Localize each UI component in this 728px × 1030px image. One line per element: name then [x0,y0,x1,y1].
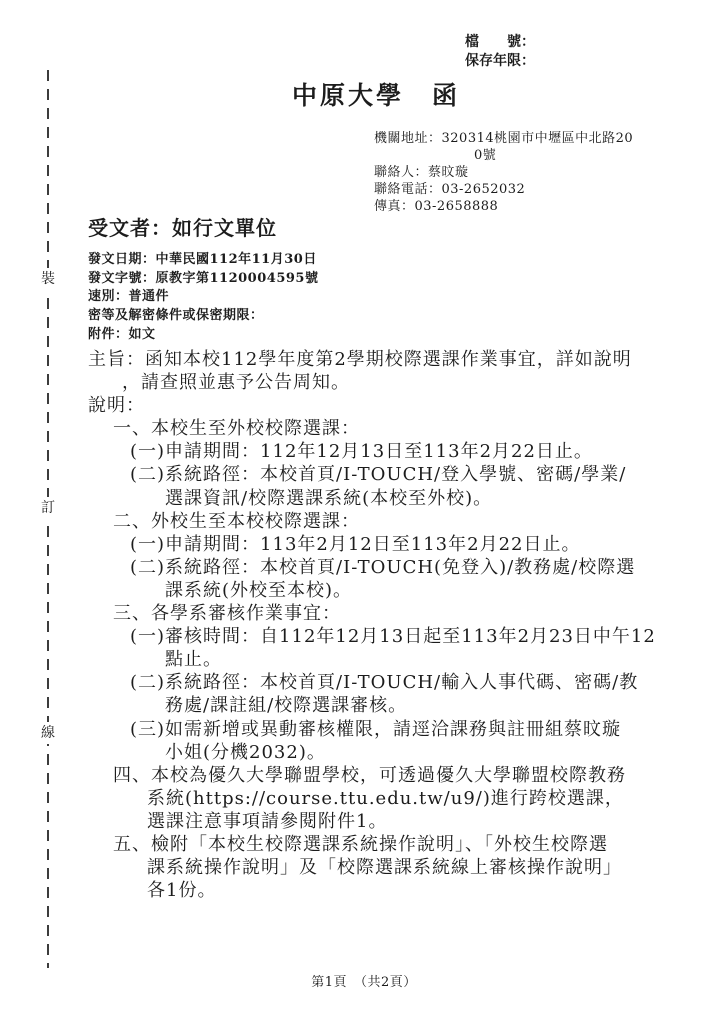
body-line: 主旨：函知本校112學年度第2學期校際選課作業事宜，詳如說明 [88,348,713,371]
body-line: 三、各學系審核作業事宜： [88,602,713,625]
retention-period-label: 保存年限： [465,50,535,70]
sender-line: 機關地址：320314桃園市中壢區中北路20 [374,130,633,147]
body-line: 說明： [88,394,713,417]
document-title: 中原大學 函 [292,76,460,112]
body-text: 主旨：函知本校112學年度第2學期校際選課作業事宜，詳如說明，請查照並惠予公告周… [88,348,713,902]
body-line: 課系統(外校至本校)。 [88,579,713,602]
document-page: 裝 訂 線 檔 號： 保存年限： 中原大學 函 機關地址：320314桃園市中壢… [0,0,728,1030]
meta-line: 速別：普通件 [88,288,318,307]
binding-dashed-line: 裝 訂 線 [47,70,49,968]
body-line: 二、外校生至本校校際選課： [88,510,713,533]
meta-line: 密等及解密條件或保密期限： [88,307,318,326]
body-line: 系統(https://course.ttu.edu.tw/u9/)進行跨校選課， [88,787,713,810]
recipient-line: 受文者：如行文單位 [88,212,277,241]
document-meta-block: 發文日期：中華民國112年11月30日發文字號：原教字第1120004595號速… [88,251,318,345]
body-line: (一)審核時間：自112年12月13日起至113年2月23日中午12 [88,625,713,648]
body-line: (一)申請期間：112年12月13日至113年2月22日止。 [88,440,713,463]
body-line: 五、檢附「本校生校際選課系統操作說明」、「外校生校際選 [88,833,713,856]
body-line: ，請查照並惠予公告周知。 [88,371,713,394]
meta-line: 發文字號：原教字第1120004595號 [88,270,318,289]
file-number-label: 檔 號： [465,31,535,51]
sender-line: 0號 [374,147,633,164]
body-line: 務處/課註組/校際選課審核。 [88,694,713,717]
binding-mark-ding: 訂 [39,497,57,519]
body-line: (二)系統路徑：本校首頁/I-TOUCH/登入學號、密碼/學業/ [88,463,713,486]
body-line: 點止。 [88,648,713,671]
sender-info-block: 機關地址：320314桃園市中壢區中北路200號聯絡人：蔡旼璇聯絡電話：03-2… [374,130,633,215]
body-line: 一、本校生至外校校際選課： [88,417,713,440]
binding-mark-xian: 線 [39,722,57,744]
body-line: (一)申請期間：113年2月12日至113年2月22日止。 [88,533,713,556]
binding-mark-zhuang: 裝 [39,268,57,290]
body-line: 選課注意事項請參閱附件1。 [88,810,713,833]
body-line: 選課資訊/校際選課系統(本校至外校)。 [88,487,713,510]
body-line: 課系統操作說明」及「校際選課系統線上審核操作說明」 [88,856,713,879]
sender-line: 傳真：03-2658888 [374,198,633,215]
sender-line: 聯絡人：蔡旼璇 [374,164,633,181]
body-line: (二)系統路徑：本校首頁/I-TOUCH/輸入人事代碼、密碼/教 [88,671,713,694]
sender-line: 聯絡電話：03-2652032 [374,181,633,198]
body-line: 小姐(分機2032)。 [88,741,713,764]
body-line: (三)如需新增或異動審核權限，請逕洽課務與註冊組蔡旼璇 [88,718,713,741]
body-line: 各1份。 [88,879,713,902]
body-line: (二)系統路徑：本校首頁/I-TOUCH(免登入)/教務處/校際選 [88,556,713,579]
body-line: 四、本校為優久大學聯盟學校，可透過優久大學聯盟校際教務 [88,764,713,787]
meta-line: 發文日期：中華民國112年11月30日 [88,251,318,270]
meta-line: 附件：如文 [88,326,318,345]
page-number: 第1頁 （共2頁） [0,971,728,990]
